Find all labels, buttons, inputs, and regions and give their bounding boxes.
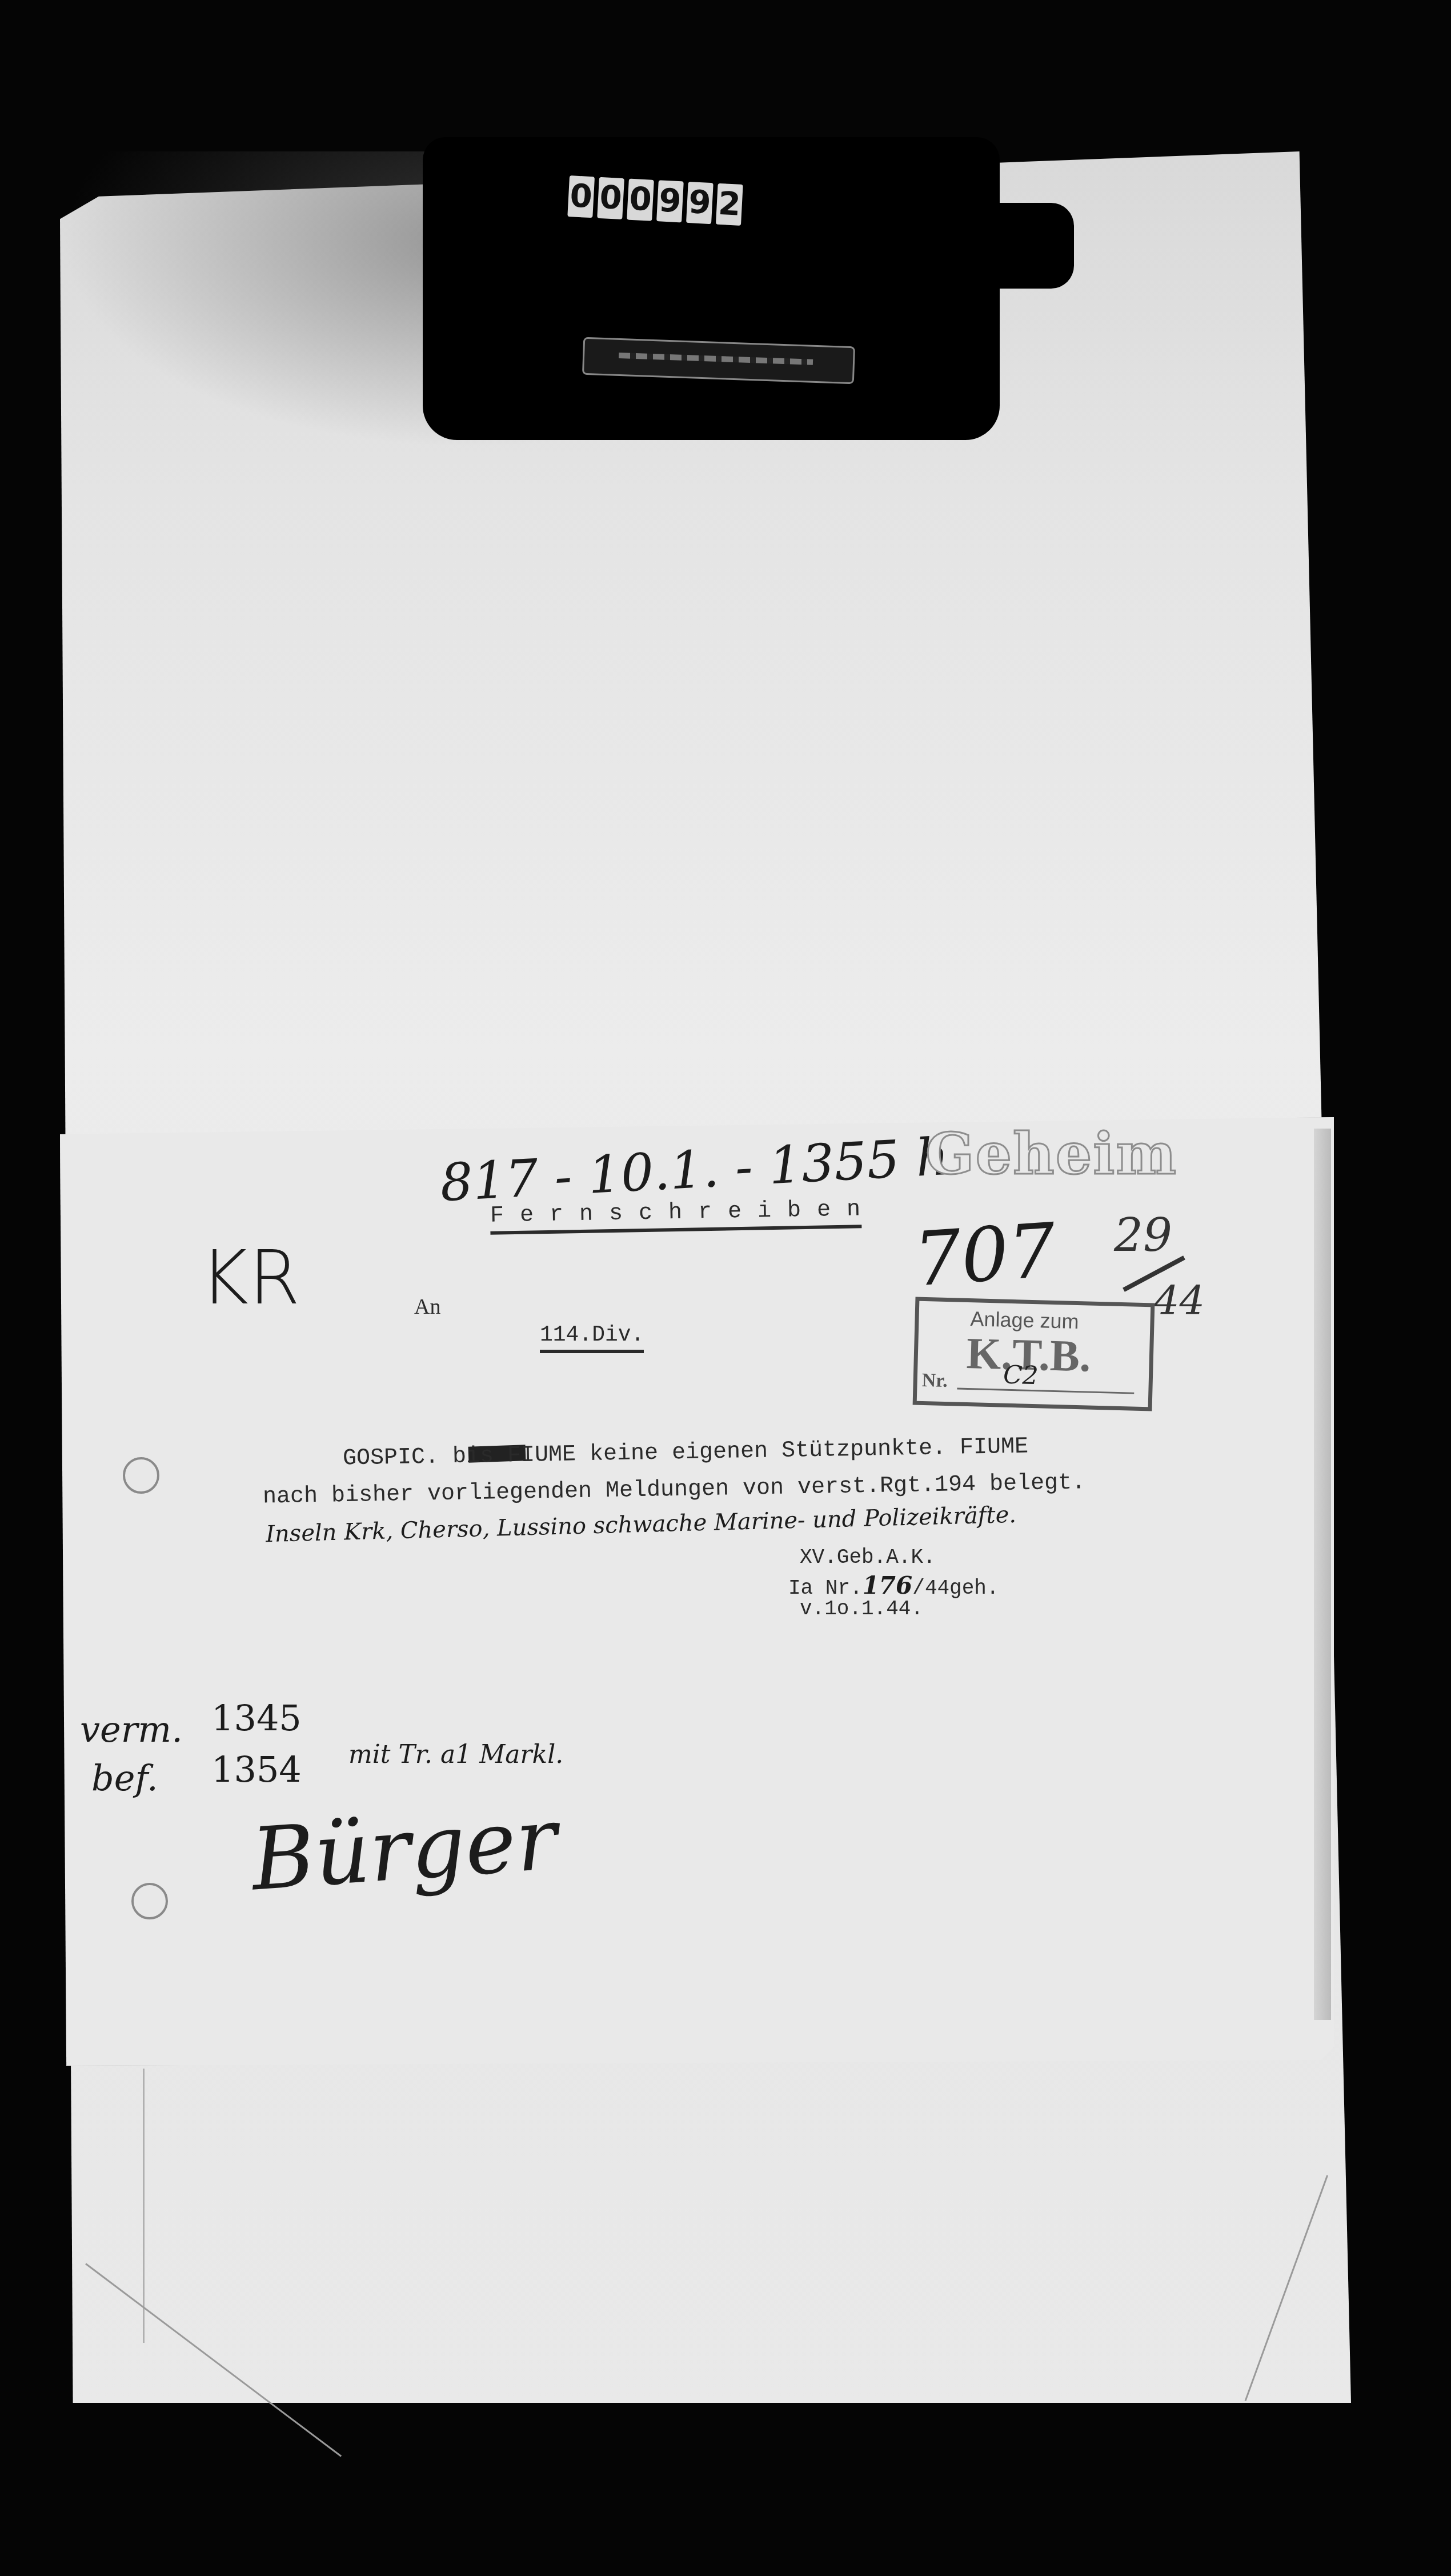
counter-digit: 2 [716, 183, 743, 226]
transmission-label-1: verm. [80, 1709, 183, 1750]
counter-digit: 0 [597, 177, 624, 219]
punch-hole-top [123, 1457, 159, 1494]
transmission-label-2: bef. [91, 1757, 158, 1799]
fraction-numerator: 29 [1114, 1209, 1172, 1262]
transmission-time-2: 1354 [211, 1749, 302, 1790]
to-label: An [414, 1294, 440, 1319]
form-right-edge [1314, 1129, 1331, 2020]
ktb-stamp-nr-line [957, 1388, 1134, 1394]
sender-date: v.1o.1.44. [800, 1597, 923, 1621]
ktb-stamp-nr-label: Nr. [921, 1370, 948, 1392]
frame-counter-knob [971, 203, 1074, 289]
signature: Bürger [248, 1790, 560, 1910]
counter-digit: 9 [656, 180, 684, 222]
handwritten-initials: KR [200, 1234, 300, 1321]
sender-ref-number: 176 [863, 1571, 913, 1599]
transmission-time-1: 1345 [211, 1697, 302, 1739]
sender-ref-suffix: /44geh. [912, 1577, 999, 1600]
ktb-stamp: Anlage zum K.T.B. Nr. C2 [913, 1297, 1155, 1411]
counter-digit: 0 [627, 179, 654, 221]
fraction-denominator: 44 [1154, 1277, 1205, 1324]
sender-unit: XV.Geb.A.K. [800, 1546, 936, 1569]
form-title: F e r n s c h r e i b e n [490, 1197, 862, 1234]
counter-digit: 9 [686, 182, 714, 224]
sender-ref-prefix: Ia Nr. [788, 1577, 863, 1600]
punch-hole-bottom [131, 1883, 168, 1919]
ktb-stamp-handwritten: C2 [1003, 1361, 1039, 1391]
backing-crease [143, 2069, 145, 2343]
recipient: 114.Div. [540, 1323, 644, 1353]
sender-ref: Ia Nr.176/44geh. [788, 1571, 999, 1600]
classification-stamp: Geheim [925, 1120, 1177, 1187]
counter-digit: 0 [567, 175, 595, 218]
transmission-note: mit Tr. a1 Markl. [348, 1740, 563, 1769]
file-number-handwritten: 707 [911, 1207, 1059, 1303]
